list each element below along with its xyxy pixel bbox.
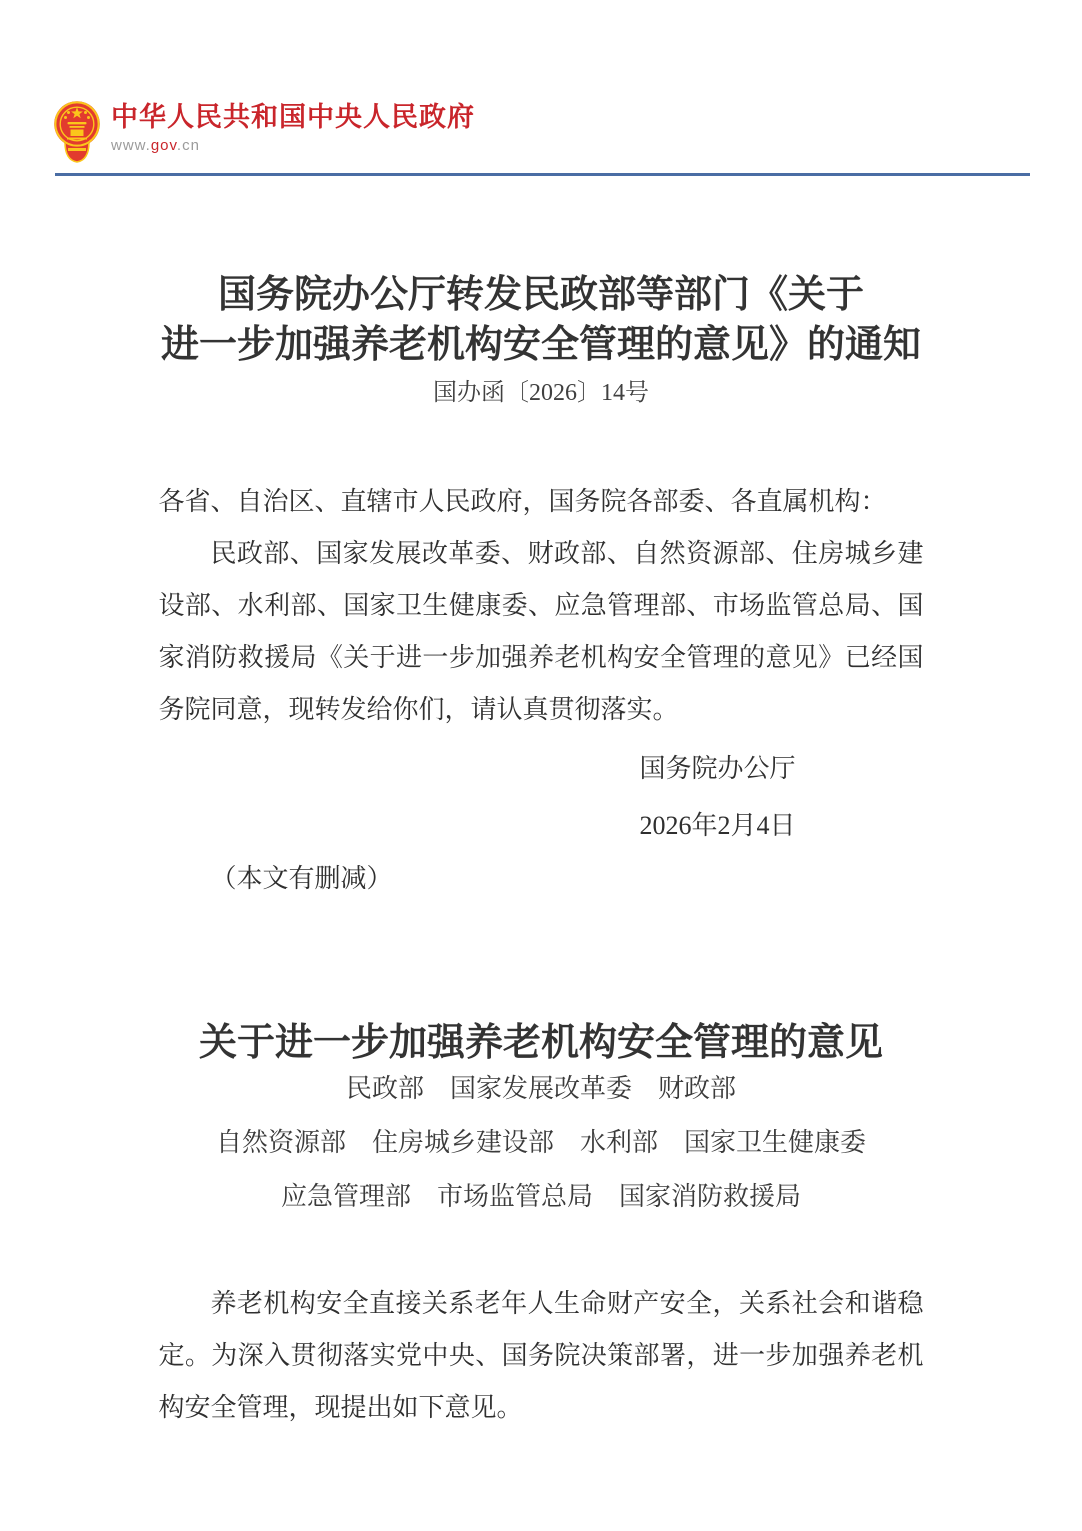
url-domain: gov — [151, 137, 177, 154]
redaction-note: （本文有删减） — [159, 854, 924, 904]
doc-number: 国办函〔2026〕14号 — [159, 378, 924, 408]
notice-title-line1: 国务院办公厅转发民政部等部门《关于 — [159, 270, 924, 320]
opinion-intro-paragraph: 养老机构安全直接关系老年人生命财产安全，关系社会和谐稳定。为深入贯彻落实党中央、… — [159, 1278, 924, 1434]
site-name[interactable]: 中华人民共和国中央人民政府 — [111, 101, 475, 133]
national-emblem-icon — [53, 100, 101, 164]
notice-body-paragraph: 民政部、国家发展改革委、财政部、自然资源部、住房城乡建设部、水利部、国家卫生健康… — [159, 528, 924, 736]
notice-title: 国务院办公厅转发民政部等部门《关于 进一步加强养老机构安全管理的意见》的通知 — [159, 270, 924, 370]
site-url[interactable]: www.gov.cn — [111, 137, 475, 155]
opinion-title: 关于进一步加强养老机构安全管理的意见 — [159, 1018, 924, 1068]
header-divider — [55, 173, 1030, 176]
url-tld: .cn — [177, 137, 200, 154]
notice-title-line2: 进一步加强养老机构安全管理的意见》的通知 — [159, 320, 924, 370]
signature-block: 国务院办公厅 2026年2月4日 — [159, 740, 924, 854]
site-header: 中华人民共和国中央人民政府 www.gov.cn — [0, 0, 1082, 176]
issuing-departments: 民政部 国家发展改革委 财政部 自然资源部 住房城乡建设部 水利部 国家卫生健康… — [159, 1062, 924, 1224]
signer: 国务院办公厅 — [159, 740, 796, 797]
document-body: 国务院办公厅转发民政部等部门《关于 进一步加强养老机构安全管理的意见》的通知 国… — [159, 270, 924, 1434]
sign-date: 2026年2月4日 — [159, 797, 796, 854]
site-brand[interactable]: 中华人民共和国中央人民政府 www.gov.cn — [53, 100, 1030, 164]
dept-line: 自然资源部 住房城乡建设部 水利部 国家卫生健康委 — [159, 1116, 924, 1170]
salutation: 各省、自治区、直辖市人民政府，国务院各部委、各直属机构： — [159, 476, 924, 528]
page: 中华人民共和国中央人民政府 www.gov.cn 国务院办公厅转发民政部等部门《… — [0, 0, 1082, 1531]
dept-line: 民政部 国家发展改革委 财政部 — [159, 1062, 924, 1116]
url-www: www. — [111, 137, 151, 154]
brand-text: 中华人民共和国中央人民政府 www.gov.cn — [111, 100, 475, 155]
dept-line: 应急管理部 市场监管总局 国家消防救援局 — [159, 1170, 924, 1224]
